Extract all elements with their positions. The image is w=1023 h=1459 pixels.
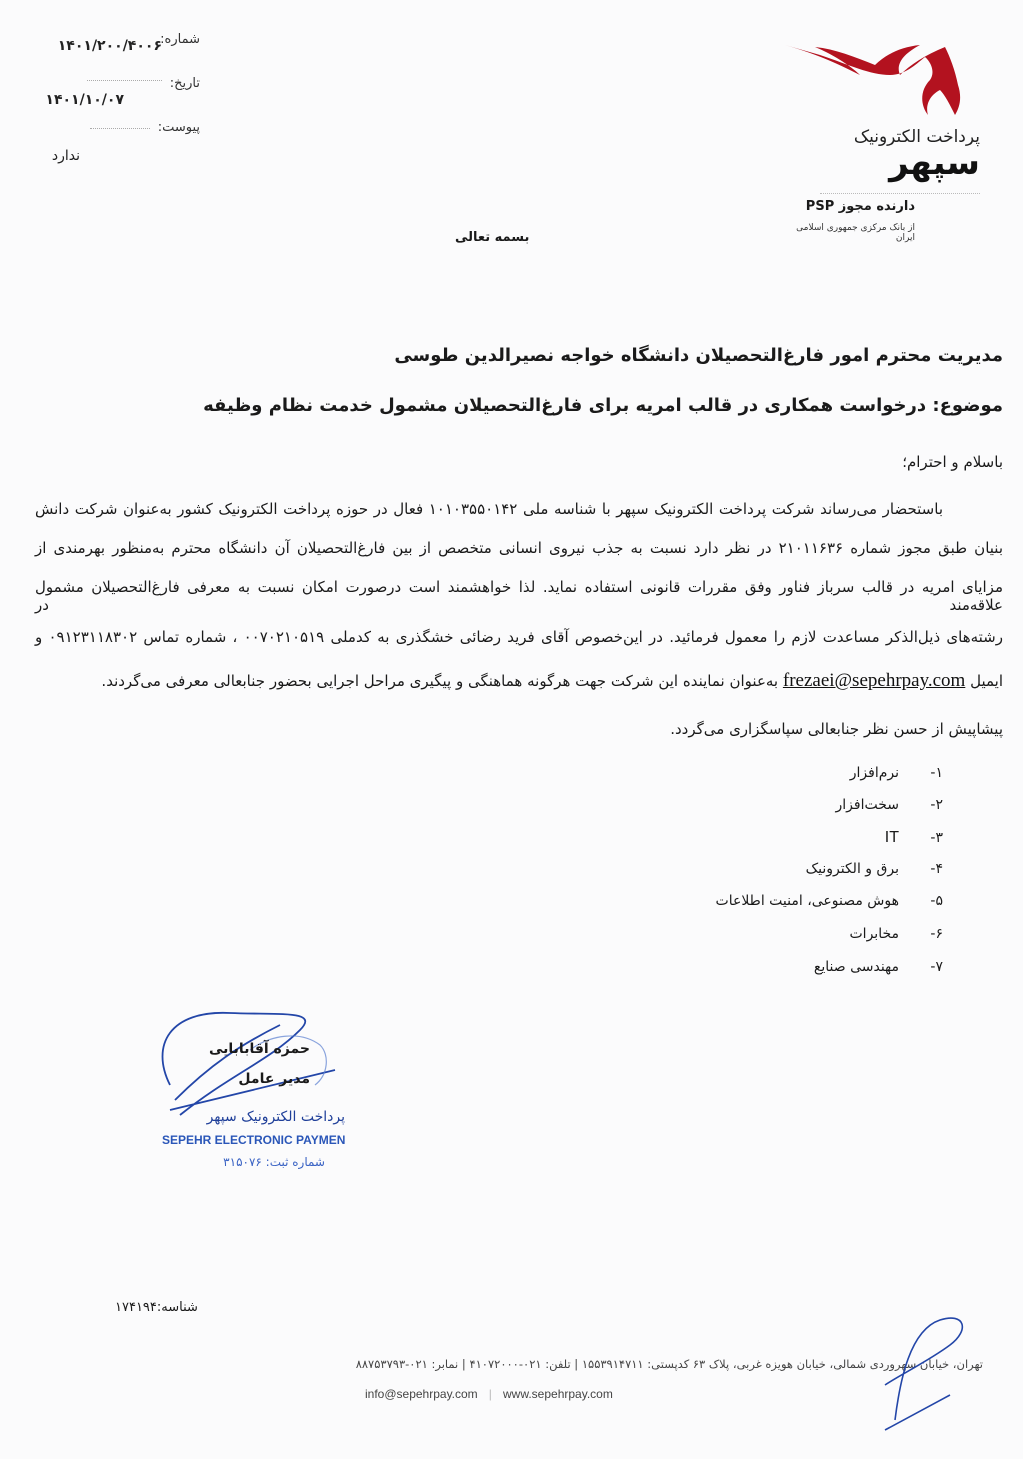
signatory-name: حمزه آقابابایی <box>209 1041 310 1057</box>
field-item: ۱-نرم‌افزار <box>850 765 943 781</box>
date-label: تاریخ: <box>170 76 200 91</box>
initials-scribble-icon <box>880 1290 990 1440</box>
attachment-label: پیوست: <box>158 120 200 135</box>
recipient: مدیریت محترم امور فارغ‌التحصیلان دانشگاه… <box>394 345 1003 366</box>
number-label: شماره: <box>160 32 200 47</box>
representative-email-link[interactable]: frezaei@sepehrpay.com <box>783 670 965 691</box>
stamp-registration: شماره ثبت: ۳۱۵۰۷۶ <box>223 1155 325 1169</box>
email-suffix: به‌عنوان نماینده این شرکت جهت هرگونه هما… <box>101 672 778 690</box>
email-line: ایمیل frezaei@sepehrpay.com به‌عنوان نما… <box>35 670 1003 692</box>
footer-email-link[interactable]: info@sepehrpay.com <box>365 1387 478 1401</box>
company-logo: پرداخت الکترونیک سپهر دارنده مجوز PSP از… <box>780 35 980 245</box>
date-dots <box>87 80 162 81</box>
number-value: ۱۴۰۱/۲۰۰/۴۰۰۶ <box>58 38 162 54</box>
body-line-1: باستحضار می‌رساند شرکت پرداخت الکترونیک … <box>35 500 975 518</box>
body-line-3: مزایای امریه در قالب سرباز فناور وفق مقر… <box>35 578 1003 614</box>
company-name-line2: سپهر <box>889 143 980 183</box>
signature-stamp: حمزه آقابابایی مدیر عامل پرداخت الکترونی… <box>150 1005 350 1180</box>
date-value: ۱۴۰۱/۱۰/۰۷ <box>45 92 124 108</box>
body-line-4: رشته‌های ذیل‌الذکر مساعدت لازم را معمول … <box>35 628 1003 646</box>
field-item: ۷-مهندسی صنایع <box>814 959 943 975</box>
field-item: ۳-IT <box>885 829 943 847</box>
footer-separator: | <box>489 1387 492 1401</box>
basmala: بسمه تعالی <box>455 230 529 245</box>
logo-divider <box>820 193 980 194</box>
footer-website-link[interactable]: www.sepehrpay.com <box>503 1387 613 1401</box>
field-item: ۵-هوش مصنوعی، امنیت اطلاعات <box>716 893 943 909</box>
email-prefix: ایمیل <box>970 672 1003 690</box>
psp-license: دارنده مجوز PSP <box>806 199 915 214</box>
signatory-title: مدیر عامل <box>238 1071 310 1087</box>
footer-contacts: info@sepehrpay.com | www.sepehrpay.com <box>365 1383 613 1402</box>
reference-id: شناسه:۱۷۴۱۹۴ <box>115 1300 198 1315</box>
greeting: باسلام و احترام؛ <box>902 453 1003 471</box>
stamp-company-fa: پرداخت الکترونیک سپهر <box>207 1109 345 1125</box>
letter-meta: شماره: ۱۴۰۱/۲۰۰/۴۰۰۶ تاریخ: ۱۴۰۱/۱۰/۰۷ پ… <box>40 28 210 168</box>
attachment-dots <box>90 128 150 129</box>
horse-logo-icon <box>780 35 980 125</box>
stamp-company-en: SEPEHR ELECTRONIC PAYMEN <box>162 1133 345 1147</box>
attachment-value: ندارد <box>52 148 80 164</box>
license-issuer: از بانک مرکزی جمهوری اسلامی ایران <box>780 223 915 243</box>
field-item: ۶-مخابرات <box>850 926 944 942</box>
field-item: ۲-سخت‌افزار <box>836 797 943 813</box>
signature-scribble-icon <box>150 1005 350 1125</box>
subject: موضوع: درخواست همکاری در قالب امریه برای… <box>203 395 1003 416</box>
field-item: ۴-برق و الکترونیک <box>806 861 943 877</box>
closing-line: پیشاپیش از حسن نظر جنابعالی سپاسگزاری می… <box>670 720 1003 738</box>
body-line-2: بنیان طبق مجوز شماره ۲۱۰۱۱۶۳۶ در نظر دار… <box>35 539 1003 557</box>
